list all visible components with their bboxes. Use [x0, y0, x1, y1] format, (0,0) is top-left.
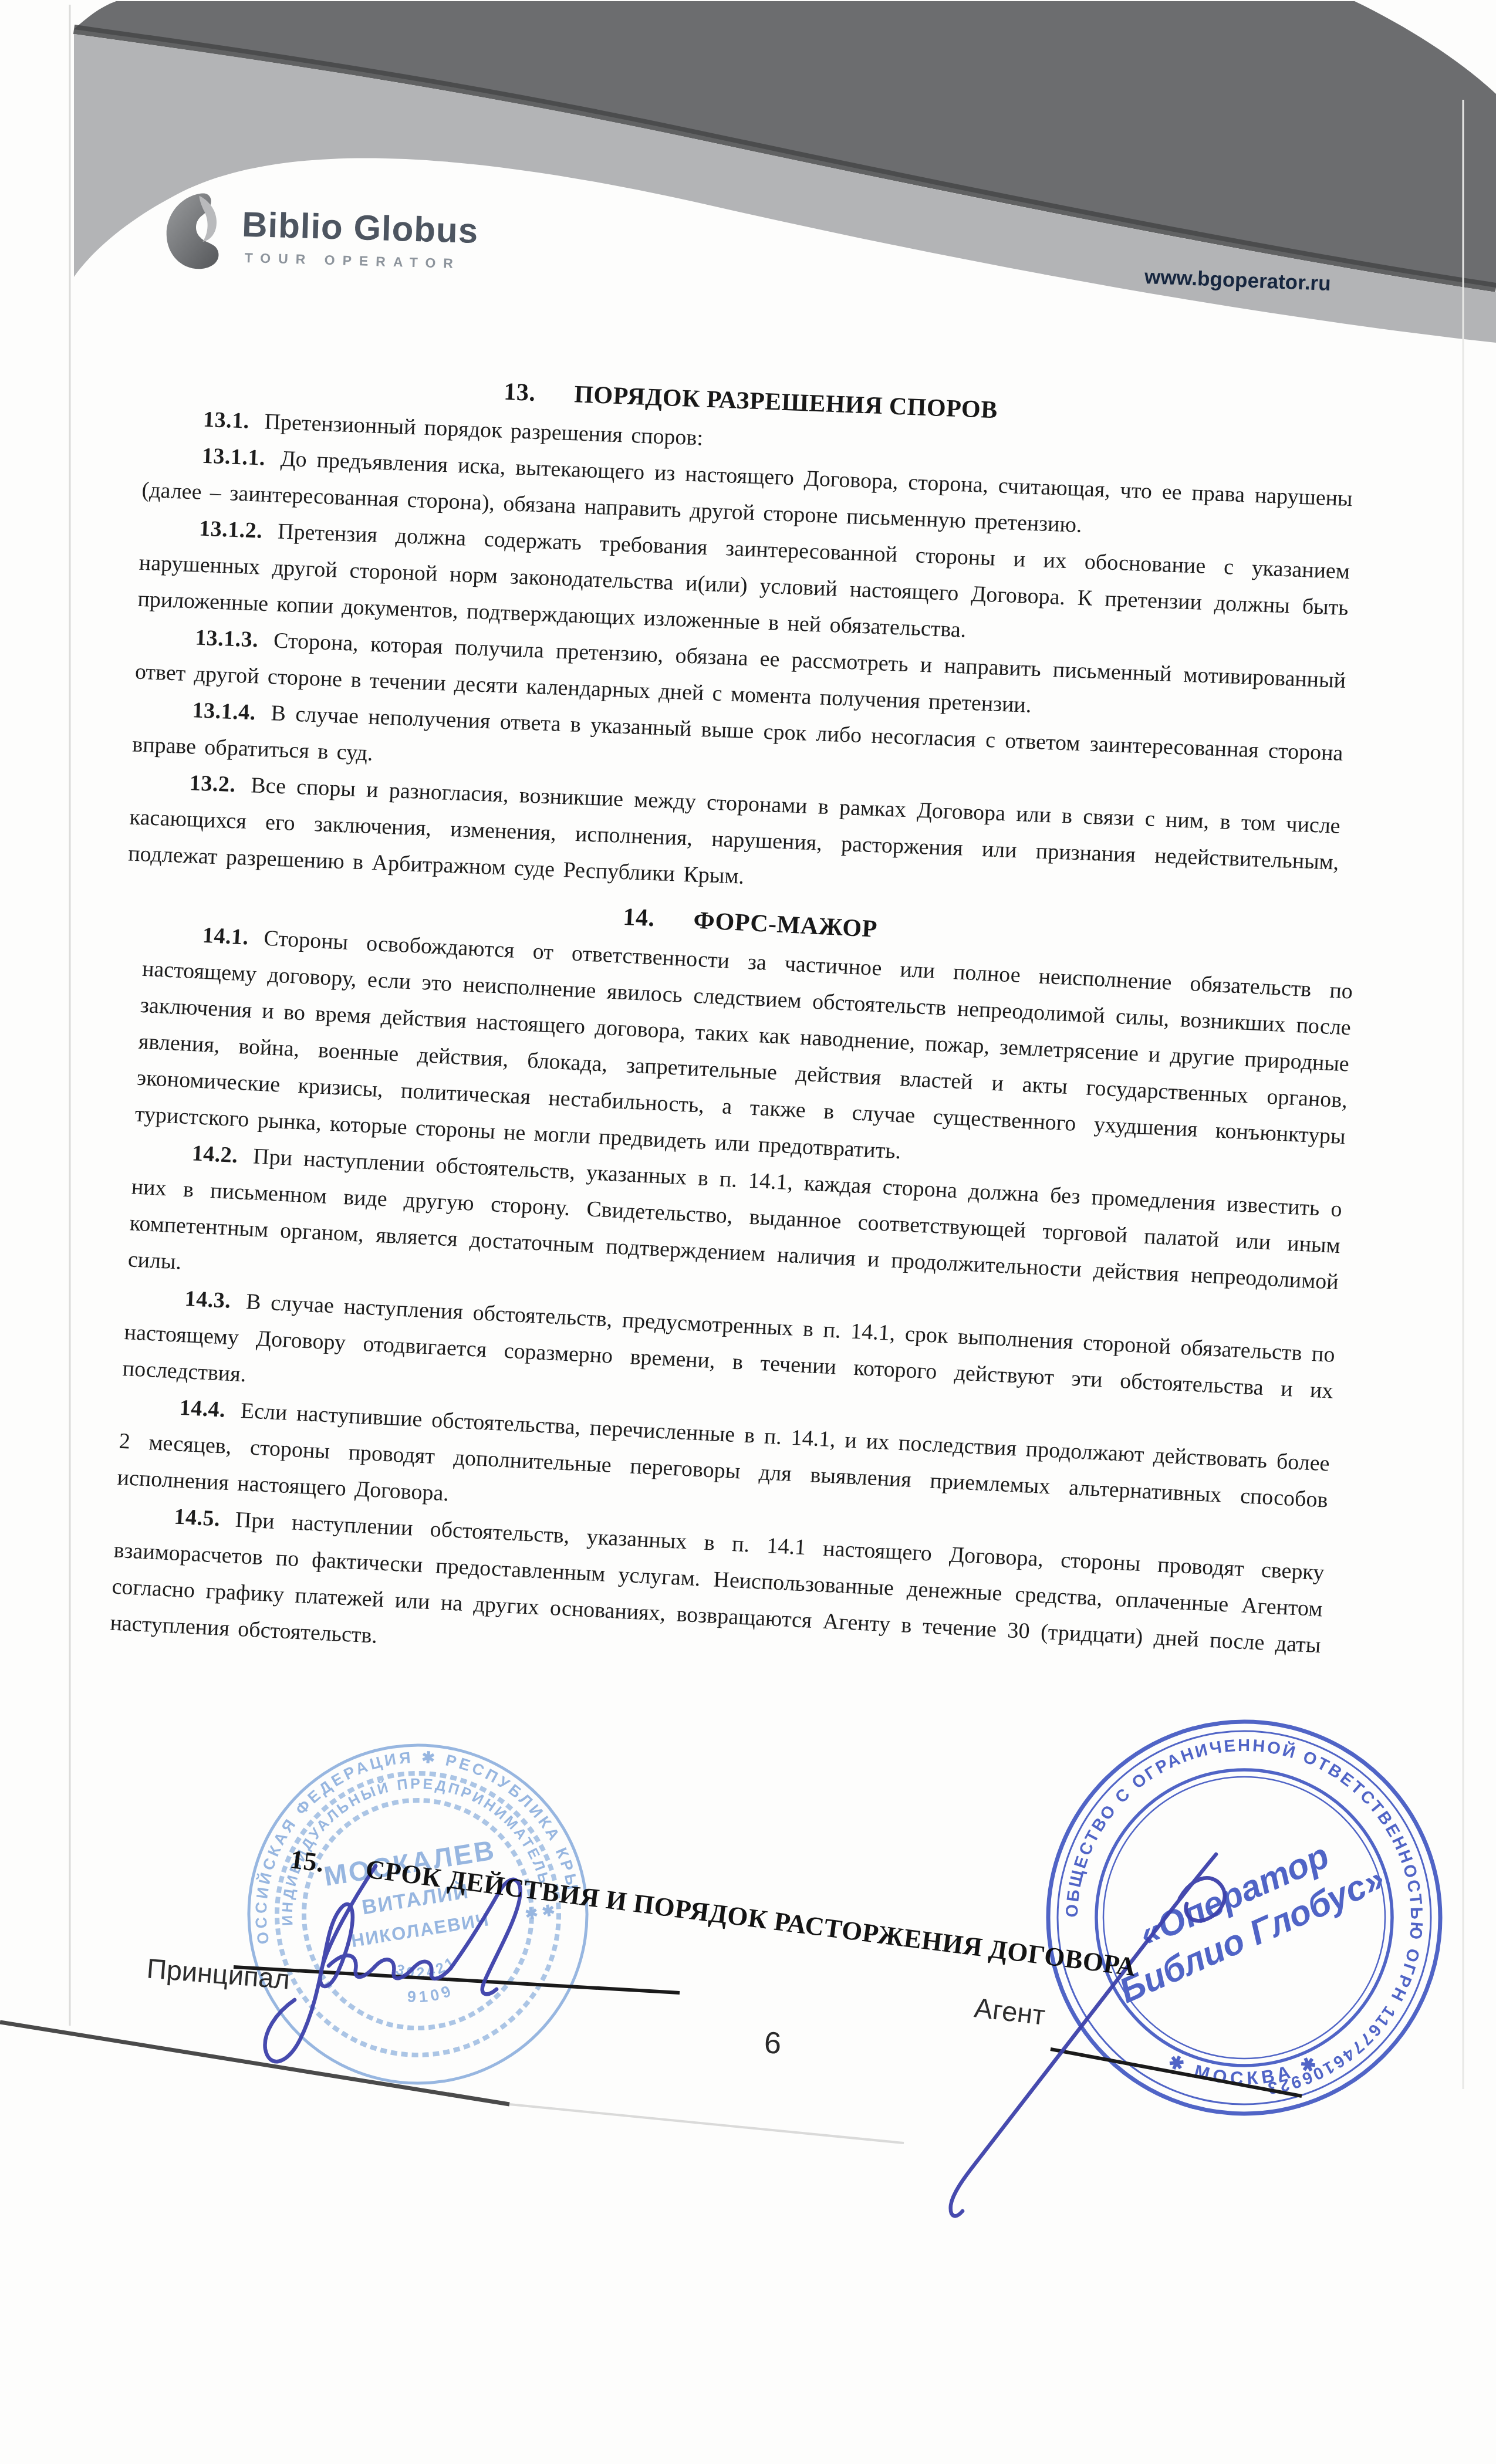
left-stamp-number-row2: 302421 [391, 1952, 461, 1986]
principal-signature-line [234, 1967, 680, 1993]
section-number: 14. [623, 904, 656, 932]
page-number: 6 [763, 2025, 782, 2061]
section-title: СРОК ДЕЙСТВИЯ И ПОРЯДОК РАСТОРЖЕНИЯ ДОГО… [364, 1854, 1137, 1982]
right-stamp-center-line1: «Оператор [1133, 1836, 1335, 1954]
right-stamp-bottom-text: ✱ МОСКВА ✱ [1165, 2051, 1323, 2089]
logo-name: Biblio Globus [241, 204, 479, 251]
agent-signature-line [1051, 2049, 1302, 2096]
swoosh-light-shape [74, 34, 1496, 343]
left-stamp-center-patronymic: НИКОЛАЕВИЧ [350, 1909, 491, 1951]
clause-number: 13.1.1. [201, 444, 265, 471]
biblio-globus-logo-icon [161, 190, 229, 273]
contract-body: 13.ПОРЯДОК РАЗРЕШЕНИЯ СПОРОВ 13.1.Претен… [147, 360, 1357, 1645]
clause-number: 13.2. [189, 770, 236, 797]
biblio-globus-logo: Biblio Globus TOUR OPERATOR [161, 187, 574, 292]
website-url: www.bgoperator.ru [1144, 265, 1331, 296]
agent-label: Агент [972, 1991, 1047, 2031]
clause-number: 14.1. [202, 923, 249, 950]
principal-label: Принципал [146, 1952, 291, 1996]
section-14: 14.ФОРС-МАЖОР 14.1.Стороны освобождаются… [109, 876, 1355, 1700]
right-stamp-ring-text: ОБЩЕСТВО С ОГРАНИЧЕННОЙ ОТВЕТСТВЕННОСТЬЮ… [1063, 1736, 1426, 2098]
clause-number: 13.1.2. [199, 516, 263, 543]
agent-signature-ink [951, 1854, 1225, 2216]
operator-biblio-globus-stamp: ОБЩЕСТВО С ОГРАНИЧЕННОЙ ОТВЕТСТВЕННОСТЬЮ… [1048, 1722, 1440, 2114]
section-number: 13. [504, 378, 536, 407]
page-bottom-edge-faint [509, 2104, 904, 2143]
section-title: ФОРС-МАЖОР [693, 907, 877, 943]
scanned-contract-page: { "header": { "logo_name": "Biblio Globu… [0, 0, 1496, 2464]
clause-number: 14.3. [184, 1286, 231, 1313]
left-stamp-number-row1: 9109 [404, 1980, 457, 2009]
clause-number: 14.5. [174, 1505, 221, 1532]
clause-number: 14.4. [179, 1395, 226, 1422]
logo-tagline: TOUR OPERATOR [244, 250, 461, 272]
clause-number: 13.1.3. [195, 625, 259, 652]
section-15-heading: 15.СРОК ДЕЙСТВИЯ И ПОРЯДОК РАСТОРЖЕНИЯ Д… [288, 1844, 1282, 2001]
clause-number: 13.1. [203, 407, 250, 434]
clause-number: 13.1.4. [192, 698, 256, 725]
section-13: 13.ПОРЯДОК РАЗРЕШЕНИЯ СПОРОВ 13.1.Претен… [127, 360, 1356, 917]
page-bottom-edge [0, 2022, 509, 2104]
clause-number: 14.2. [191, 1141, 238, 1168]
section-number: 15. [289, 1844, 326, 1878]
